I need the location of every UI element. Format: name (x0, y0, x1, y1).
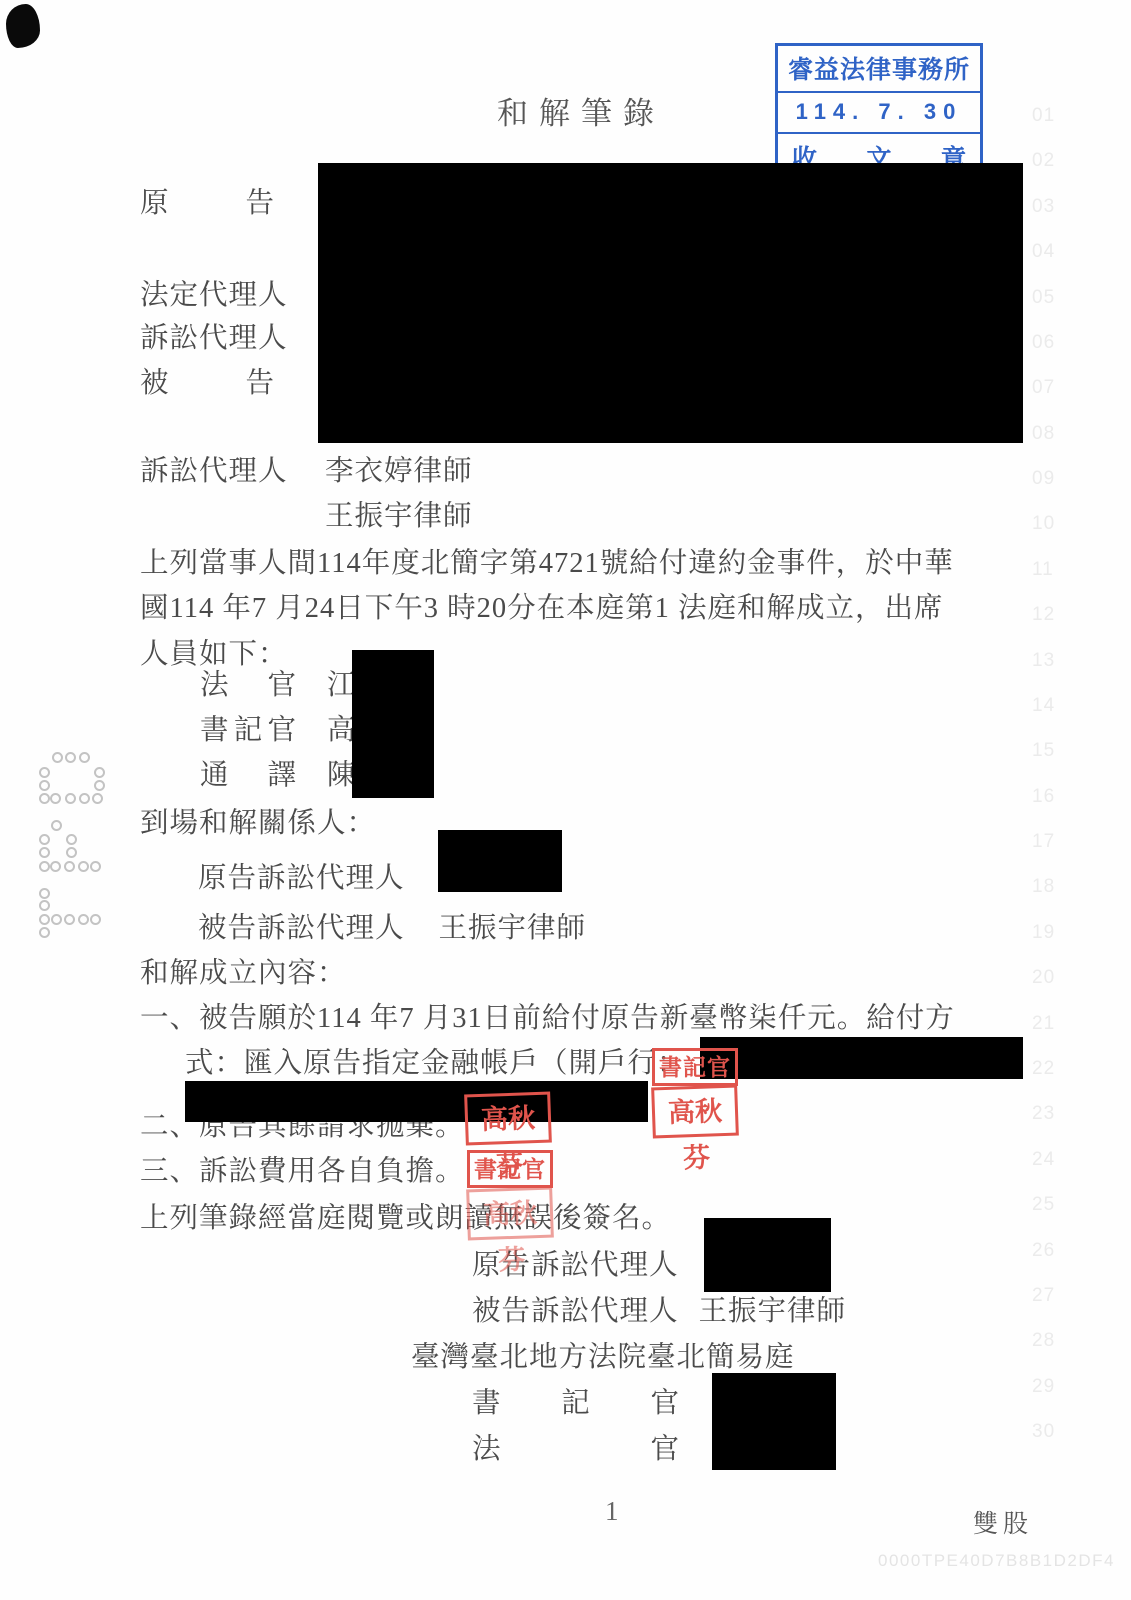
margin-line-number: 11 (1032, 559, 1054, 581)
punch-dot (39, 914, 50, 925)
copy-label: 雙股 (973, 1504, 1033, 1540)
margin-line-number: 03 (1032, 196, 1055, 218)
punch-dot (79, 752, 90, 763)
clerk-stamp-title: 書記官 (467, 1150, 553, 1188)
settlement-record-page: 0102030405060708091011121314151617181920… (0, 0, 1131, 1600)
margin-line-number: 01 (1032, 105, 1055, 127)
punch-dot (94, 767, 105, 778)
receipt-stamp-office: 睿益法律事務所 (778, 46, 980, 93)
clerk-stamp-name: 高秋芬 (464, 1092, 552, 1146)
punch-dot (39, 767, 50, 778)
receipt-stamp-date: 114. 7. 30 (778, 93, 980, 134)
margin-line-number: 30 (1032, 1421, 1055, 1443)
clerk-stamp-pair-right: 書記官 高秋芬 (652, 1048, 738, 1137)
redaction-party-names (318, 163, 1023, 443)
margin-line-number: 22 (1032, 1058, 1055, 1080)
redaction-officials-signatures (712, 1373, 836, 1470)
punch-dot (39, 780, 50, 791)
margin-line-number: 10 (1032, 513, 1055, 535)
punch-dot (66, 847, 77, 858)
punch-dot (39, 847, 50, 858)
margin-line-number: 16 (1032, 786, 1055, 808)
margin-line-number: 23 (1032, 1103, 1055, 1125)
margin-line-number: 29 (1032, 1376, 1055, 1398)
punch-dot (65, 752, 76, 763)
court-name: 臺灣臺北地方法院臺北簡易庭 (411, 1334, 795, 1375)
punch-dot (78, 861, 89, 872)
punch-dot (90, 861, 101, 872)
punch-dot (39, 793, 50, 804)
margin-line-number: 06 (1032, 332, 1055, 354)
margin-line-number: 19 (1032, 922, 1055, 944)
redaction-staff-names (352, 650, 434, 798)
margin-line-number: 02 (1032, 150, 1055, 172)
settlement-heading: 和解成立內容： (140, 950, 347, 991)
litigation-representative-label: 訴訟代理人 (140, 315, 288, 356)
margin-line-number: 24 (1032, 1149, 1055, 1171)
margin-line-number: 27 (1032, 1285, 1055, 1307)
plaintiff-attorney-label: 原告訴訟代理人 (198, 855, 405, 896)
punch-dot (51, 914, 62, 925)
punch-dot (39, 888, 50, 899)
punch-dot (66, 834, 77, 845)
clerk-stamp-name-left: 高秋芬 (465, 1093, 551, 1144)
defendant-attorney-2: 王振宇律師 (325, 493, 473, 534)
punch-dot (90, 914, 101, 925)
punch-dot (39, 861, 50, 872)
margin-line-number: 08 (1032, 423, 1055, 445)
clerk-row: 書記官高 (200, 707, 357, 748)
defendant-rep-label: 訴訟代理人 (140, 448, 288, 489)
punch-dot (50, 861, 61, 872)
punch-dot (64, 914, 75, 925)
scan-smudge (6, 4, 40, 48)
intro-line-2: 國114 年7 月24日下午3 時20分在本庭第1 法庭和解成立，出席 (140, 585, 943, 626)
redaction-plaintiff-attorney (438, 830, 562, 892)
redaction-account-number (185, 1081, 648, 1122)
sig-clerk-label: 書記官 (472, 1380, 680, 1421)
clerk-stamp-pair-lower: 書記官 高秋芬 (467, 1150, 553, 1239)
margin-line-number: 15 (1032, 740, 1055, 762)
margin-line-number: 05 (1032, 287, 1055, 309)
judge-row: 法官江 (200, 662, 357, 703)
page-number: 1 (605, 1496, 619, 1527)
margin-line-number: 20 (1032, 967, 1055, 989)
margin-line-number: 28 (1032, 1330, 1055, 1352)
defendant-attorney-row: 被告訴訟代理人王振宇律師 (198, 905, 586, 946)
margin-line-number: 14 (1032, 695, 1055, 717)
intro-line-1: 上列當事人間114年度北簡字第4721號給付違約金事件，於中華 (140, 540, 954, 581)
punch-dot (50, 793, 61, 804)
barcode-text: 0000TPE40D7B8B1D2DF4 (878, 1551, 1115, 1571)
punch-dot (92, 793, 103, 804)
punch-dot (39, 900, 50, 911)
margin-line-number: 18 (1032, 876, 1055, 898)
term-1-line-2: 式：匯入原告指定金融帳戶（開戶行： (185, 1040, 687, 1081)
margin-line-number: 25 (1032, 1194, 1055, 1216)
term-1-line-1: 一、被告願於114 年7 月31日前給付原告新臺幣柒仟元。給付方 (140, 995, 955, 1036)
redaction-plaintiff-signature (704, 1218, 831, 1292)
defendant-label: 被告 (140, 360, 275, 401)
clerk-stamp-name: 高秋芬 (651, 1085, 739, 1139)
punch-dot (64, 861, 75, 872)
punch-dot (52, 752, 63, 763)
punch-dot (65, 793, 76, 804)
punch-dot (94, 780, 105, 791)
margin-line-number: 26 (1032, 1240, 1055, 1262)
margin-line-number: 21 (1032, 1013, 1055, 1035)
term-3: 三、訴訟費用各自負擔。 (140, 1148, 465, 1189)
defendant-attorney-1: 李衣婷律師 (325, 448, 473, 489)
punch-dot (79, 793, 90, 804)
clerk-stamp-title: 書記官 (652, 1048, 738, 1086)
clerk-stamp-name: 高秋芬 (466, 1187, 554, 1241)
punch-dot (51, 820, 62, 831)
margin-line-number: 13 (1032, 650, 1055, 672)
margin-line-number: 09 (1032, 468, 1055, 490)
sig-defendant-attorney-row: 被告訴訟代理人王振宇律師 (472, 1288, 846, 1329)
interpreter-row: 通譯陳 (200, 752, 357, 793)
legal-representative-label: 法定代理人 (140, 272, 288, 313)
margin-line-number: 04 (1032, 241, 1055, 263)
closing-line: 上列筆錄經當庭閱覽或朗讀無誤後簽名。 (140, 1195, 671, 1236)
punch-dot (39, 834, 50, 845)
punch-dot (39, 927, 50, 938)
plaintiff-label: 原告 (140, 180, 275, 221)
sig-judge-label: 法官 (472, 1426, 680, 1467)
margin-line-number: 17 (1032, 831, 1055, 853)
margin-line-number: 12 (1032, 604, 1055, 626)
margin-line-number: 07 (1032, 377, 1055, 399)
punch-dot (78, 914, 89, 925)
redaction-bank-name (700, 1037, 1023, 1079)
page-title: 和解筆錄 (497, 88, 665, 133)
attendees-heading: 到場和解關係人： (140, 800, 376, 841)
